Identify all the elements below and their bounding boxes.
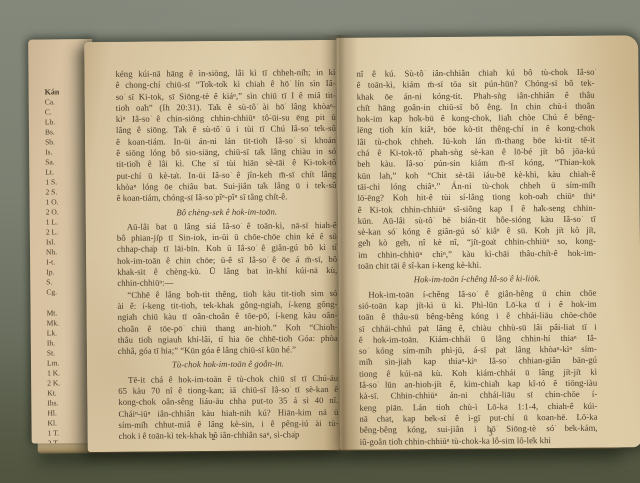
left-page-text: kéng kúi-nā hāng ê ìn-siōng, lâi kì tī c… — [115, 67, 338, 442]
left-page-number: 2 — [88, 432, 340, 443]
text-line: khak-sit ê chèng-kù. Ū lâng bat ìn-khí k… — [117, 265, 337, 278]
open-book: Kán Ca.C.Lb.Bs.Sb.Is.Sa.Lt.1 S.2 S.1 O.2… — [24, 27, 630, 468]
text-line: khòaⁿ lóng ōe chiâu bat. Sui-jiân ta̍k l… — [116, 180, 336, 193]
left-page: kéng kúi-nā hāng ê ìn-siōng, lâi kì tī c… — [84, 40, 340, 452]
section-heading: Bô chèng-sek ê hok-im-toān. — [117, 205, 337, 218]
text-line: toān chit tāi ê sî-kan í-keng kè-khì. — [358, 259, 596, 272]
text-line: thâu tio̍h ngiauh khí-lâi, tī hia ōe chh… — [118, 333, 338, 346]
section-heading: Tù-chok hok-im-toān ê goân-in. — [118, 358, 338, 371]
photo-background: Kán Ca.C.Lb.Bs.Sb.Is.Sa.Lt.1 S.2 S.1 O.2… — [0, 0, 640, 483]
text-line: ê koan-tiám, chóng-sī Iâ-so͘ pîⁿ-pîⁿ sī … — [117, 191, 337, 204]
text-line: sím-mi̍h chhut-miâ ê lâng kè-sin, i ê pê… — [118, 418, 338, 431]
right-page: nî ê kú. Sù-tô͘ iân-chhiân chiah kú bô t… — [336, 35, 640, 450]
right-page-text: nî ê kú. Sù-tô͘ iân-chhiân chiah kú bô t… — [356, 67, 597, 448]
text-line: chhâ, góa tī hia;” “Kūn góa ê lâng chiū-… — [118, 344, 338, 357]
section-heading: Hok-im-toān í-chêng Iâ-so͘ ê ki-lio̍k. — [358, 273, 596, 286]
